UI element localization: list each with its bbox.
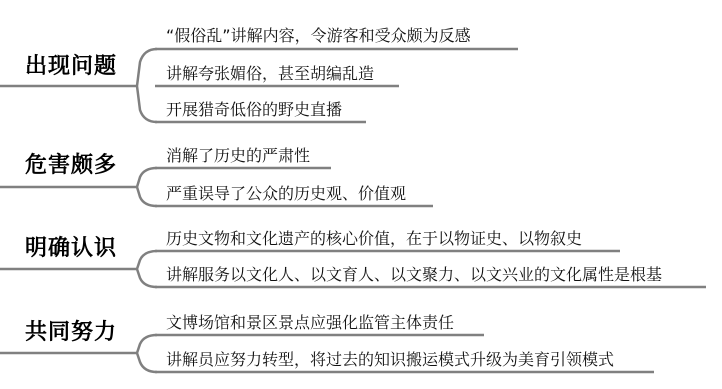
leaf-item: 严重误导了公众的历史观、价值观 [166, 181, 406, 204]
leaf-item: 讲解员应努力转型，将过去的知识搬运模式升级为美育引领模式 [166, 347, 614, 370]
leaf-item: 消解了历史的严肃性 [166, 143, 310, 166]
topic-harms: 危害颇多 [25, 148, 117, 179]
topic-problems: 出现问题 [25, 49, 117, 80]
leaf-item: 开展猎奇低俗的野史直播 [166, 97, 342, 120]
leaf-item: 讲解夸张媚俗，甚至胡编乱造 [166, 61, 374, 84]
leaf-item: 文博场馆和景区景点应强化监管主体责任 [166, 310, 454, 333]
topic-understanding: 明确认识 [25, 231, 117, 262]
topic-joint-effort: 共同努力 [25, 315, 117, 346]
bracket-4 [137, 335, 157, 372]
leaf-item: “假俗乱”讲解内容，令游客和受众颇为反感 [166, 23, 471, 46]
bracket-2 [137, 168, 157, 206]
leaf-item: 讲解服务以文化人、以文育人、以文聚力、以文兴业的文化属性是根基 [166, 262, 662, 285]
bracket-1 [137, 49, 157, 122]
bracket-3 [137, 251, 157, 287]
leaf-item: 历史文物和文化遗产的核心价值，在于以物证史、以物叙史 [166, 226, 582, 249]
